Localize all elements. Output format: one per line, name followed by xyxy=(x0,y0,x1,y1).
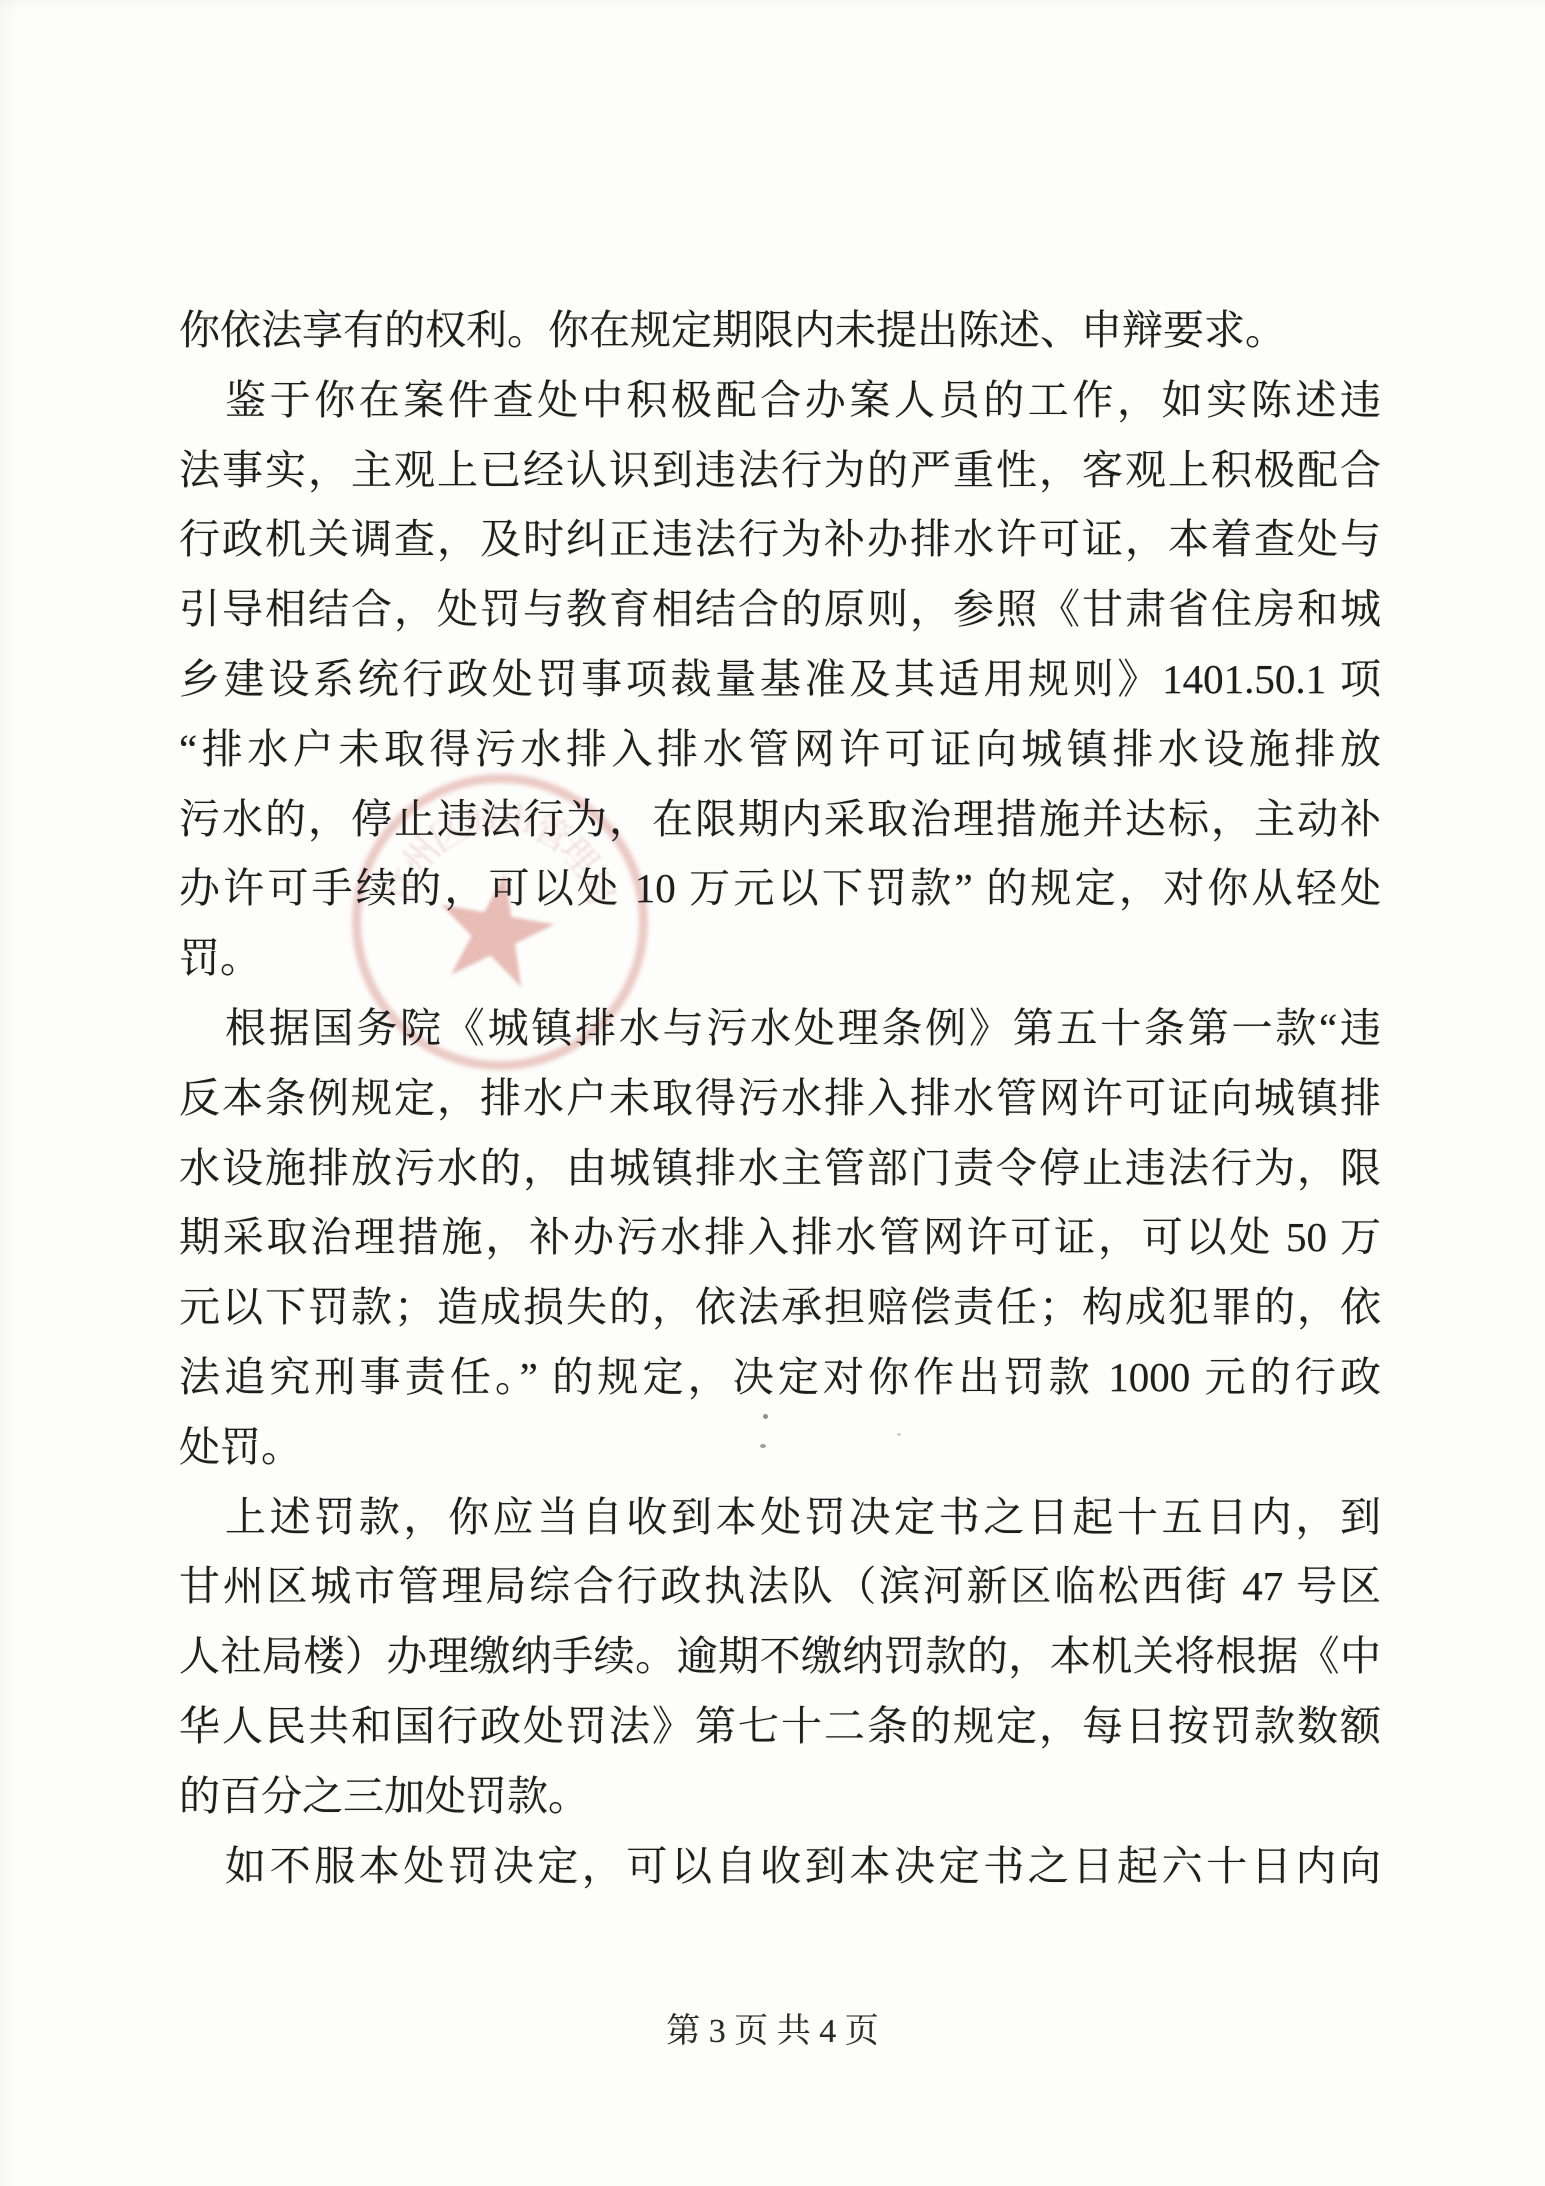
text-line: 鉴于你在案件查处中积极配合办案人员的工作，如实陈述违 xyxy=(179,366,1381,436)
text-line: 上述罚款，你应当自收到本处罚决定书之日起十五日内，到 xyxy=(179,1483,1381,1553)
text-line: 行政机关调查，及时纠正违法行为补办排水许可证，本着查处与 xyxy=(179,505,1381,575)
text-line: 你依法享有的权利。你在规定期限内未提出陈述、申辩要求。 xyxy=(179,296,1381,366)
text-line: “排水户未取得污水排入排水管网许可证向城镇排水设施排放 xyxy=(179,715,1381,785)
text-line: 甘州区城市管理局综合行政执法队（滨河新区临松西街 47 号区 xyxy=(179,1552,1381,1622)
page-footer: 第 3 页 共 4 页 xyxy=(0,2010,1545,2054)
document-body: 你依法享有的权利。你在规定期限内未提出陈述、申辩要求。鉴于你在案件查处中积极配合… xyxy=(179,296,1381,1901)
text-line: 乡建设系统行政处罚事项裁量基准及其适用规则》1401.50.1 项 xyxy=(179,645,1381,715)
text-line: 华人民共和国行政处罚法》第七十二条的规定，每日按罚款数额 xyxy=(179,1692,1381,1762)
text-line: 法追究刑事责任。” 的规定，决定对你作出罚款 1000 元的行政 xyxy=(179,1343,1381,1413)
text-line: 根据国务院《城镇排水与污水处理条例》第五十条第一款“违 xyxy=(179,994,1381,1064)
text-line: 的百分之三加处罚款。 xyxy=(179,1762,1381,1832)
text-line: 元以下罚款；造成损失的，依法承担赔偿责任；构成犯罪的，依 xyxy=(179,1273,1381,1343)
scan-speck xyxy=(763,1414,768,1419)
text-line: 水设施排放污水的，由城镇排水主管部门责令停止违法行为，限 xyxy=(179,1134,1381,1204)
text-line: 引导相结合，处罚与教育相结合的原则，参照《甘肃省住房和城 xyxy=(179,575,1381,645)
text-line: 期采取治理措施，补办污水排入排水管网许可证，可以处 50 万 xyxy=(179,1203,1381,1273)
text-line: 反本条例规定，排水户未取得污水排入排水管网许可证向城镇排 xyxy=(179,1064,1381,1134)
text-line: 污水的，停止违法行为，在限期内采取治理措施并达标，主动补 xyxy=(179,785,1381,855)
text-line: 法事实，主观上已经认识到违法行为的严重性，客观上积极配合 xyxy=(179,436,1381,506)
scan-speck xyxy=(897,1433,901,1436)
text-line: 办许可手续的，可以处 10 万元以下罚款” 的规定，对你从轻处 xyxy=(179,854,1381,924)
page-number-text: 第 3 页 共 4 页 xyxy=(666,2013,879,2050)
text-line: 处罚。 xyxy=(179,1413,1381,1483)
text-line: 人社局楼）办理缴纳手续。逾期不缴纳罚款的，本机关将根据《中 xyxy=(179,1622,1381,1692)
document-page: ★ 甘州区城市管理局 你依法享有的权利。你在规定期限内未提出陈述、申辩要求。鉴于… xyxy=(0,0,1545,2186)
scan-speck xyxy=(760,1444,766,1448)
text-line: 罚。 xyxy=(179,924,1381,994)
text-line: 如不服本处罚决定，可以自收到本决定书之日起六十日内向 xyxy=(179,1832,1381,1902)
